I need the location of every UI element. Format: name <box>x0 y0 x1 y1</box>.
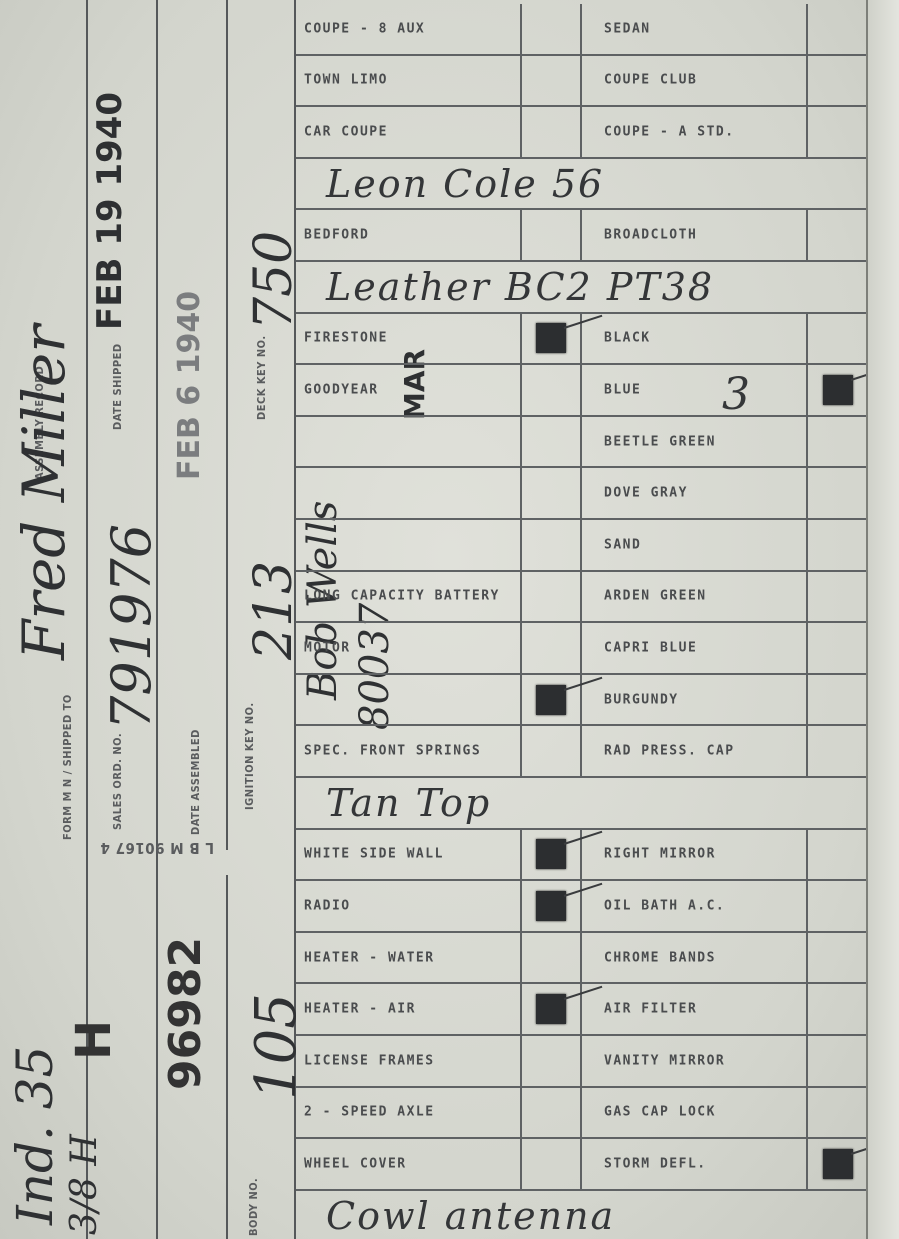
option-checkbox-cell[interactable] <box>808 520 868 570</box>
option-label-cell: COUPE - A STD. <box>582 107 808 157</box>
option-checkbox-cell[interactable] <box>522 830 582 880</box>
option-label-cell: RAD PRESS. CAP <box>582 726 808 776</box>
option-label: TOWN LIMO <box>304 73 388 88</box>
option-label: SAND <box>604 537 641 552</box>
option-checkbox-cell[interactable] <box>522 1139 582 1189</box>
option-checkbox-cell[interactable] <box>522 4 582 54</box>
check-mark-icon <box>536 839 566 869</box>
option-row: MOTORCAPRI BLUE <box>296 623 868 675</box>
option-label-cell: AIR FILTER <box>582 984 808 1034</box>
date-shipped-stamp: FEB 19 1940 <box>90 92 130 330</box>
model-stamp: H <box>66 1020 122 1060</box>
option-checkbox-cell[interactable] <box>808 623 868 673</box>
option-label: COUPE - A STD. <box>604 124 735 139</box>
option-label-cell: BLUE3 <box>582 365 808 415</box>
option-label-cell: BLACK <box>582 314 808 364</box>
write-in-cell: Leon Cole 56 <box>296 159 868 209</box>
option-checkbox-cell[interactable] <box>808 933 868 983</box>
option-checkbox-cell[interactable] <box>522 56 582 106</box>
serial-stamp: 96982 <box>160 937 211 1090</box>
option-label: BROADCLOTH <box>604 228 697 243</box>
handwritten-ignition-key: 213 <box>244 561 304 660</box>
option-checkbox-cell[interactable] <box>808 365 868 415</box>
option-label-cell: SEDAN <box>582 4 808 54</box>
option-label: AIR FILTER <box>604 1002 697 1017</box>
option-label-cell: LONG CAPACITY BATTERY <box>296 572 522 622</box>
field-label-shipped-to: FORM M N / SHIPPED TO <box>62 694 74 840</box>
write-in-row: Leon Cole 56 <box>296 159 868 211</box>
handwritten-deck-key: 750 <box>244 231 304 330</box>
option-label: VANITY MIRROR <box>604 1053 725 1068</box>
option-row: WHITE SIDE WALLRIGHT MIRROR <box>296 830 868 882</box>
option-label-cell: WHEEL COVER <box>296 1139 522 1189</box>
option-checkbox-cell[interactable] <box>808 56 868 106</box>
option-label-cell <box>296 468 522 518</box>
field-label-date-shipped: DATE SHIPPED <box>112 343 124 430</box>
handwritten-write-in: Leon Cole 56 <box>326 162 604 206</box>
option-label-cell: FIRESTONE <box>296 314 522 364</box>
option-checkbox-cell[interactable] <box>808 4 868 54</box>
option-label-cell: HEATER - AIR <box>296 984 522 1034</box>
option-label-cell: COUPE - 8 AUX <box>296 4 522 54</box>
option-label: HEATER - WATER <box>304 950 435 965</box>
option-row: SAND <box>296 520 868 572</box>
option-label: BEETLE GREEN <box>604 434 716 449</box>
option-checkbox-cell[interactable] <box>522 417 582 467</box>
option-row: CAR COUPECOUPE - A STD. <box>296 107 868 159</box>
field-label-date-assembled: DATE ASSEMBLED <box>190 729 202 835</box>
option-label: COUPE CLUB <box>604 73 697 88</box>
option-row: WHEEL COVERSTORM DEFL. <box>296 1139 868 1191</box>
option-label: WHEEL COVER <box>304 1156 407 1171</box>
option-label-cell: BURGUNDY <box>582 675 808 725</box>
handwritten-shipped-to: Fred Miller <box>10 325 78 660</box>
option-label-cell: STORM DEFL. <box>582 1139 808 1189</box>
option-label: MOTOR <box>304 640 351 655</box>
option-label: DOVE GRAY <box>604 486 688 501</box>
option-label: HEATER - AIR <box>304 1002 416 1017</box>
option-label-cell: LICENSE FRAMES <box>296 1036 522 1086</box>
option-label-cell: RADIO <box>296 881 522 931</box>
check-mark-icon <box>536 891 566 921</box>
option-row: HEATER - AIRAIR FILTER <box>296 984 868 1036</box>
option-checkbox-cell[interactable] <box>522 1036 582 1086</box>
handwritten-quantity: 3 <box>722 369 750 420</box>
handwritten-ratio: 3/8 H <box>64 1134 105 1235</box>
option-label-cell <box>296 675 522 725</box>
option-checkbox-cell[interactable] <box>522 984 582 1034</box>
option-label: BLUE <box>604 382 641 397</box>
option-label: RADIO <box>304 898 351 913</box>
option-label: OIL BATH A.C. <box>604 898 725 913</box>
option-label: CAR COUPE <box>304 124 388 139</box>
option-label: FIRESTONE <box>304 331 388 346</box>
option-label: CHROME BANDS <box>604 950 716 965</box>
assembly-record-card: ASSEMBLY RECORD FORM M N / SHIPPED TO SA… <box>0 0 899 1239</box>
option-checkbox-cell[interactable] <box>808 1139 868 1189</box>
option-label: STORM DEFL. <box>604 1156 707 1171</box>
option-label-cell: BROADCLOTH <box>582 210 808 260</box>
date-assembled-stamp: FEB 6 1940 <box>172 291 207 480</box>
option-label: WHITE SIDE WALL <box>304 847 444 862</box>
option-label: SEDAN <box>604 21 651 36</box>
option-label-cell: 2 - SPEED AXLE <box>296 1088 522 1138</box>
option-label-cell: MOTOR <box>296 623 522 673</box>
option-checkbox-cell[interactable] <box>808 210 868 260</box>
option-label-cell: WHITE SIDE WALL <box>296 830 522 880</box>
option-label-cell: GAS CAP LOCK <box>582 1088 808 1138</box>
option-label: COUPE - 8 AUX <box>304 21 425 36</box>
option-label-cell: SAND <box>582 520 808 570</box>
check-mark-icon <box>536 323 566 353</box>
check-mark-icon <box>536 994 566 1024</box>
write-in-cell: Cowl antenna <box>296 1191 868 1239</box>
option-row: RADIOOIL BATH A.C. <box>296 881 868 933</box>
check-mark-icon <box>823 375 853 405</box>
option-label-cell <box>296 417 522 467</box>
option-label-cell: GOODYEAR <box>296 365 522 415</box>
option-row: LICENSE FRAMESVANITY MIRROR <box>296 1036 868 1088</box>
option-row: BURGUNDY <box>296 675 868 727</box>
lbm-number: L B M 90167 4 <box>100 842 214 854</box>
handwritten-write-in: Cowl antenna <box>326 1194 615 1238</box>
option-checkbox-cell[interactable] <box>522 726 582 776</box>
option-row: COUPE - 8 AUXSEDAN <box>296 4 868 56</box>
option-label-cell: BEDFORD <box>296 210 522 260</box>
option-checkbox-cell[interactable] <box>522 210 582 260</box>
handwritten-write-in: Tan Top <box>326 781 491 825</box>
option-checkbox-cell[interactable] <box>522 1088 582 1138</box>
option-checkbox-cell[interactable] <box>808 1088 868 1138</box>
check-mark-icon <box>823 1149 853 1179</box>
option-checkbox-cell[interactable] <box>522 881 582 931</box>
column-divider <box>226 875 228 1239</box>
field-label-body-no: BODY NO. <box>248 1178 260 1236</box>
option-label-cell: RIGHT MIRROR <box>582 830 808 880</box>
option-label: 2 - SPEED AXLE <box>304 1105 435 1120</box>
option-checkbox-cell[interactable] <box>522 314 582 364</box>
option-row: FIRESTONEBLACK <box>296 314 868 366</box>
option-checkbox-cell[interactable] <box>808 572 868 622</box>
option-checkbox-cell[interactable] <box>522 107 582 157</box>
option-label-cell: CHROME BANDS <box>582 933 808 983</box>
field-label-deck-key: DECK KEY NO. <box>256 335 268 420</box>
option-checkbox-cell[interactable] <box>522 520 582 570</box>
option-checkbox-cell[interactable] <box>808 984 868 1034</box>
option-checkbox-cell[interactable] <box>808 1036 868 1086</box>
option-row: 2 - SPEED AXLEGAS CAP LOCK <box>296 1088 868 1140</box>
option-label: CAPRI BLUE <box>604 640 697 655</box>
option-label: SPEC. FRONT SPRINGS <box>304 744 481 759</box>
option-label: LONG CAPACITY BATTERY <box>304 589 500 604</box>
check-mark-icon <box>536 685 566 715</box>
option-row: GOODYEARBLUE3 <box>296 365 868 417</box>
option-row: LONG CAPACITY BATTERYARDEN GREEN <box>296 572 868 624</box>
option-label-cell: ARDEN GREEN <box>582 572 808 622</box>
option-checkbox-cell[interactable] <box>808 468 868 518</box>
option-label: LICENSE FRAMES <box>304 1053 435 1068</box>
option-label: ARDEN GREEN <box>604 589 707 604</box>
option-checkbox-cell[interactable] <box>522 468 582 518</box>
option-label-cell: VANITY MIRROR <box>582 1036 808 1086</box>
option-label: GAS CAP LOCK <box>604 1105 716 1120</box>
write-in-cell: Leather BC2 PT38 <box>296 262 868 312</box>
option-checkbox-cell[interactable] <box>522 675 582 725</box>
option-label-cell: SPEC. FRONT SPRINGS <box>296 726 522 776</box>
option-label-cell: HEATER - WATER <box>296 933 522 983</box>
handwritten-location: Ind. 35 <box>6 1046 64 1225</box>
option-row: SPEC. FRONT SPRINGSRAD PRESS. CAP <box>296 726 868 778</box>
option-row: BEDFORDBROADCLOTH <box>296 210 868 262</box>
option-label: BURGUNDY <box>604 692 679 707</box>
option-row: HEATER - WATERCHROME BANDS <box>296 933 868 985</box>
field-label-ignition-key: IGNITION KEY NO. <box>244 702 256 810</box>
options-grid: COUPE - 8 AUXSEDANTOWN LIMOCOUPE CLUBCAR… <box>296 0 868 1239</box>
card-edge <box>866 0 899 1239</box>
option-row: TOWN LIMOCOUPE CLUB <box>296 56 868 108</box>
option-label: RIGHT MIRROR <box>604 847 716 862</box>
option-checkbox-cell[interactable] <box>522 933 582 983</box>
option-checkbox-cell[interactable] <box>808 314 868 364</box>
handwritten-sales-order: 791976 <box>100 524 163 730</box>
option-checkbox-cell[interactable] <box>808 830 868 880</box>
option-checkbox-cell[interactable] <box>522 365 582 415</box>
option-checkbox-cell[interactable] <box>808 881 868 931</box>
option-label-cell: TOWN LIMO <box>296 56 522 106</box>
write-in-row: Tan Top <box>296 778 868 830</box>
column-divider <box>226 0 228 850</box>
option-checkbox-cell[interactable] <box>522 623 582 673</box>
option-row: DOVE GRAY <box>296 468 868 520</box>
handwritten-write-in: Leather BC2 PT38 <box>326 265 714 309</box>
option-checkbox-cell[interactable] <box>808 726 868 776</box>
option-row: BEETLE GREEN <box>296 417 868 469</box>
option-checkbox-cell[interactable] <box>522 572 582 622</box>
option-label-cell: BEETLE GREEN <box>582 417 808 467</box>
option-label-cell: OIL BATH A.C. <box>582 881 808 931</box>
option-label-cell: CAPRI BLUE <box>582 623 808 673</box>
option-label: GOODYEAR <box>304 382 379 397</box>
field-label-sales-order: SALES ORD. NO. <box>112 733 124 830</box>
option-label-cell: DOVE GRAY <box>582 468 808 518</box>
option-label: BLACK <box>604 331 651 346</box>
write-in-cell: Tan Top <box>296 778 868 828</box>
option-checkbox-cell[interactable] <box>808 675 868 725</box>
option-label: RAD PRESS. CAP <box>604 744 735 759</box>
option-label-cell: COUPE CLUB <box>582 56 808 106</box>
option-checkbox-cell[interactable] <box>808 417 868 467</box>
option-label: BEDFORD <box>304 228 369 243</box>
option-label-cell: CAR COUPE <box>296 107 522 157</box>
write-in-row: Leather BC2 PT38 <box>296 262 868 314</box>
write-in-row: Cowl antenna <box>296 1191 868 1239</box>
option-checkbox-cell[interactable] <box>808 107 868 157</box>
option-label-cell <box>296 520 522 570</box>
